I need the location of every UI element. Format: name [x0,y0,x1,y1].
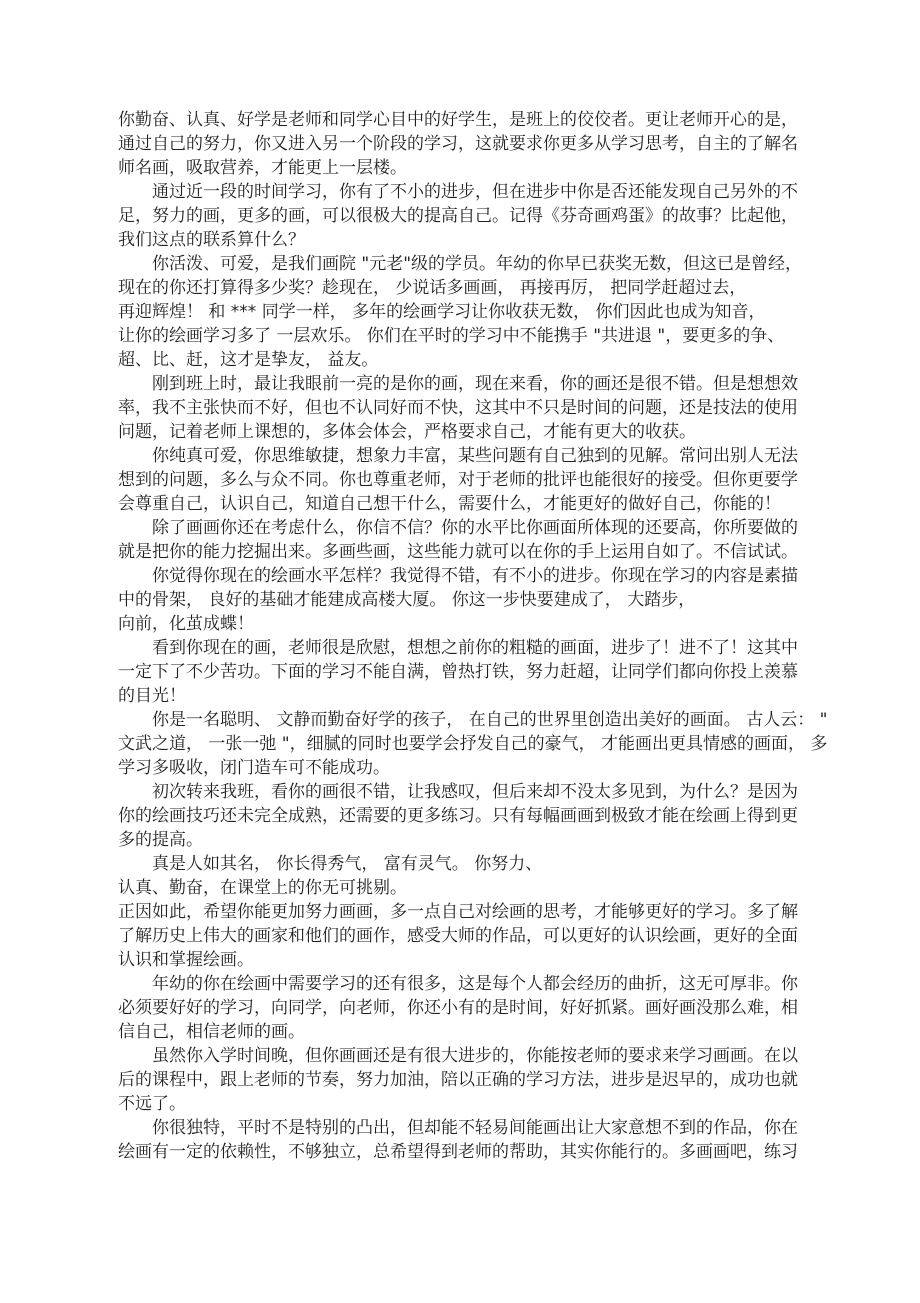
text-line: 现在的你还打算得多少奖？趁现在， 少说话多画画， 再接再厉， 把同学赶超过去， [118,276,830,300]
text-line: 除了画画你还在考虑什么，你信不信？你的水平比你画面所体现的还要高，你所要做的 [118,516,830,540]
text-line: 信自己，相信老师的画。 [118,1020,830,1044]
text-line: 认真、勤奋，在课堂上的你无可挑剔。 [118,876,830,900]
text-line: 绘画有一定的依赖性，不够独立，总希望得到老师的帮助，其实你能行的。多画画吧，练习 [118,1140,830,1164]
text-line: 初次转来我班，看你的画很不错，让我感叹，但后来却不没太多见到，为什么？是因为 [118,780,830,804]
text-line: 正因如此，希望你能更加努力画画，多一点自己对绘画的思考，才能够更好的学习。多了解 [118,900,830,924]
text-line: 足，努力的画，更多的画，可以很极大的提高自己。记得《芬奇画鸡蛋》的故事？比起他， [118,204,830,228]
text-line: 认识和掌握绘画。 [118,948,830,972]
text-line: 多的提高。 [118,828,830,852]
text-line: 就是把你的能力挖掘出来。多画些画，这些能力就可以在你的手上运用自如了。不信试试。 [118,540,830,564]
text-line: 你活泼、可爱，是我们画院 "元老"级的学员。年幼的你早已获奖无数，但这已是曾经， [118,252,830,276]
text-line: 必须要好好的学习，向同学，向老师，你还小有的是时间，好好抓紧。画好画没那么难，相 [118,996,830,1020]
text-line: 会尊重自己，认识自己，知道自己想干什么，需要什么，才能更好的做好自己，你能的！ [118,492,830,516]
text-line: 的目光！ [118,684,830,708]
text-line: 率，我不主张快而不好，但也不认同好而不快，这其中不只是时间的问题，还是技法的使用 [118,396,830,420]
text-line: 真是人如其名， 你长得秀气， 富有灵气。 你努力、 [118,852,830,876]
text-line: 了解历史上伟大的画家和他们的画作，感受大师的作品，可以更好的认识绘画，更好的全面 [118,924,830,948]
text-line: 你很独特，平时不是特别的凸出，但却能不轻易间能画出让大家意想不到的作品，你在 [118,1116,830,1140]
text-line: 让你的绘画学习多了 一层欢乐。 你们在平时的学习中不能携手 "共进退 "，要更多… [118,324,830,348]
text-line: 通过近一段的时间学习，你有了不小的进步，但在进步中你是否还能发现自己另外的不 [118,180,830,204]
document-text: 你勤奋、认真、好学是老师和同学心目中的好学生，是班上的佼佼者。更让老师开心的是，… [118,108,830,1164]
text-line: 中的骨架， 良好的基础才能建成高楼大厦。 你这一步快要建成了， 大踏步， [118,588,830,612]
text-line: 超、比、赶，这才是挚友， 益友。 [118,348,830,372]
text-line: 不远了。 [118,1092,830,1116]
text-line: 一定下了不少苦功。下面的学习不能自满，曾热打铁，努力赶超，让同学们都向你投上羡慕 [118,660,830,684]
text-line: 师名画，吸取营养，才能更上一层楼。 [118,156,830,180]
text-line: 虽然你入学时间晚，但你画画还是有很大进步的，你能按老师的要求来学习画画。在以 [118,1044,830,1068]
text-line: 文武之道， 一张一弛 "，细腻的同时也要学会抒发自己的豪气， 才能画出更具情感的… [118,732,830,756]
text-line: 刚到班上时，最让我眼前一亮的是你的画，现在来看，你的画还是很不错。但是想想效 [118,372,830,396]
text-line: 你觉得你现在的绘画水平怎样？我觉得不错，有不小的进步。你现在学习的内容是素描 [118,564,830,588]
text-line: 年幼的你在绘画中需要学习的还有很多，这是每个人都会经历的曲折，这无可厚非。你 [118,972,830,996]
text-line: 通过自己的努力，你又进入另一个阶段的学习，这就要求你更多从学习思考，自主的了解名 [118,132,830,156]
text-line: 学习多吸收，闭门造车可不能成功。 [118,756,830,780]
document-page: 你勤奋、认真、好学是老师和同学心目中的好学生，是班上的佼佼者。更让老师开心的是，… [0,0,920,1303]
text-line: 想到的问题，多么与众不同。你也尊重老师，对于老师的批评也能很好的接受。但你更要学 [118,468,830,492]
text-line: 你的绘画技巧还未完全成熟，还需要的更多练习。只有每幅画画到极致才能在绘画上得到更 [118,804,830,828]
text-line: 向前，化茧成蝶！ [118,612,830,636]
text-line: 看到你现在的画，老师很是欣慰，想想之前你的粗糙的画面，进步了！进不了！这其中 [118,636,830,660]
text-line: 问题，记着老师上课想的，多体会体会，严格要求自己，才能有更大的收获。 [118,420,830,444]
text-line: 后的课程中，跟上老师的节奏，努力加油，陪以正确的学习方法，进步是迟早的，成功也就 [118,1068,830,1092]
text-line: 再迎辉煌！ 和 *** 同学一样， 多年的绘画学习让你收获无数， 你们因此也成为… [118,300,830,324]
text-line: 你纯真可爱，你思维敏捷，想象力丰富，某些问题有自己独到的见解。常问出别人无法 [118,444,830,468]
text-line: 你勤奋、认真、好学是老师和同学心目中的好学生，是班上的佼佼者。更让老师开心的是， [118,108,830,132]
text-line: 我们这点的联系算什么？ [118,228,830,252]
text-line: 你是一名聪明、 文静而勤奋好学的孩子， 在自己的世界里创造出美好的画面。 古人云… [118,708,830,732]
